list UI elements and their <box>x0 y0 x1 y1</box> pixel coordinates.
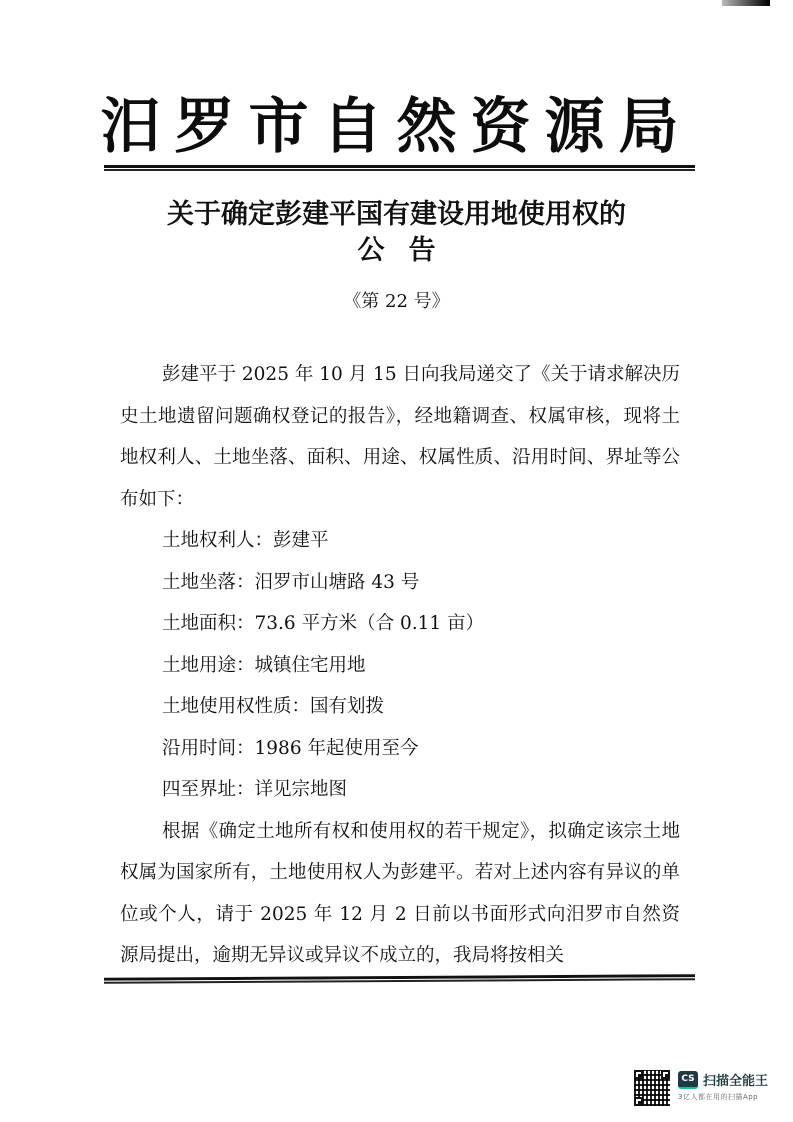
field-value: 国有划拨 <box>310 696 384 717</box>
field-value: 1986 年起使用至今 <box>255 738 419 759</box>
field-label: 土地用途： <box>162 655 255 676</box>
qr-code-icon <box>634 1070 670 1106</box>
field-usage-period: 沿用时间：1986 年起使用至今 <box>120 728 680 770</box>
scan-artifact <box>722 0 770 6</box>
field-value: 详见宗地图 <box>255 779 348 800</box>
issuing-authority-masthead: 汨罗市自然资源局 <box>0 92 793 162</box>
field-land-use: 土地用途：城镇住宅用地 <box>120 645 680 687</box>
notice-body: 彭建平于 2025 年 10 月 15 日向我局递交了《关于请求解决历史土地遗留… <box>120 354 680 977</box>
field-land-area: 土地面积：73.6 平方米（合 0.11 亩） <box>120 603 680 645</box>
field-label: 土地坐落： <box>162 572 255 593</box>
field-value: 彭建平 <box>273 530 329 551</box>
field-value: 汨罗市山塘路 43 号 <box>255 572 420 593</box>
field-value: 73.6 平方米（合 0.11 亩） <box>255 613 485 634</box>
scanner-watermark: CS 扫描全能王 3亿人都在用的扫描App <box>634 1070 768 1106</box>
field-land-location: 土地坐落：汨罗市山塘路 43 号 <box>120 562 680 604</box>
field-label: 土地权利人： <box>162 530 273 551</box>
field-label: 土地使用权性质： <box>162 696 310 717</box>
document-number: 《第 22 号》 <box>0 287 793 313</box>
closing-paragraph: 根据《确定土地所有权和使用权的若干规定》，拟确定该宗土地权属为国家所有，土地使用… <box>120 811 680 977</box>
field-land-right-holder: 土地权利人：彭建平 <box>120 520 680 562</box>
notice-title: 关于确定彭建平国有建设用地使用权的 <box>0 192 793 231</box>
scanner-brand: CS 扫描全能王 3亿人都在用的扫描App <box>678 1070 768 1102</box>
intro-paragraph: 彭建平于 2025 年 10 月 15 日向我局递交了《关于请求解决历史土地遗留… <box>120 354 680 520</box>
field-boundaries: 四至界址：详见宗地图 <box>120 769 680 811</box>
field-label: 土地面积： <box>162 613 255 634</box>
field-value: 城镇住宅用地 <box>255 655 366 676</box>
field-label: 沿用时间： <box>162 738 255 759</box>
notice-title-subtitle: 公告 <box>0 228 793 267</box>
scanner-tagline: 3亿人都在用的扫描App <box>678 1092 768 1102</box>
camscanner-logo-icon: CS <box>678 1071 698 1089</box>
field-label: 四至界址： <box>162 779 255 800</box>
scanner-app-name: 扫描全能王 <box>703 1070 768 1089</box>
field-use-right-nature: 土地使用权性质：国有划拨 <box>120 686 680 728</box>
masthead-divider <box>104 165 695 171</box>
